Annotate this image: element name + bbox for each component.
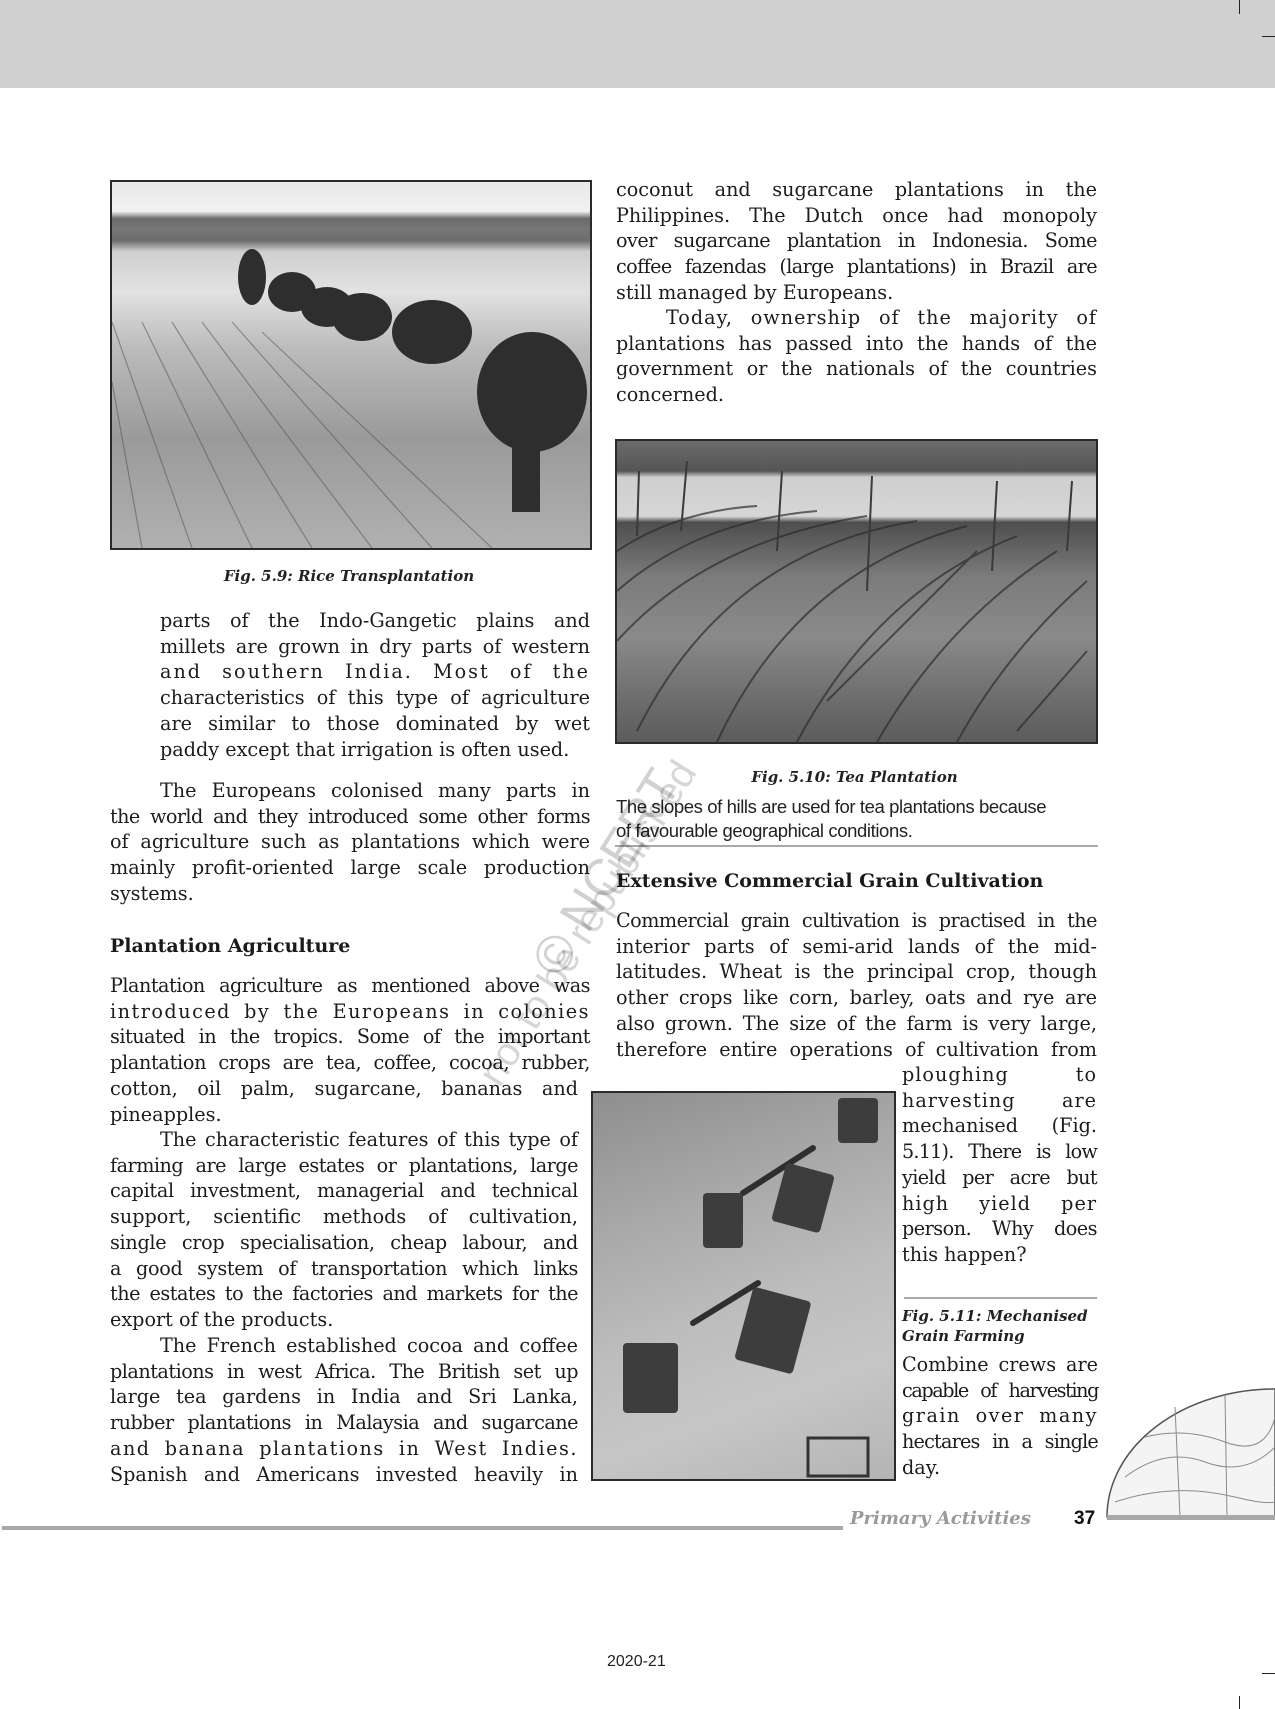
paragraph-characteristic-features: The characteristic features of this type… — [110, 1127, 578, 1333]
text-line: high yield per — [902, 1191, 1097, 1217]
text-line: latitudes. Wheat is the principal crop, … — [616, 959, 1097, 985]
text-line: The Europeans colonised many parts in — [110, 778, 590, 804]
text-line: the estates to the factories and markets… — [110, 1281, 578, 1307]
figure-5-11-caption: Fig. 5.11: Mechanised Grain Farming — [902, 1306, 1102, 1346]
text-line: The slopes of hills are used for tea pla… — [616, 795, 1098, 819]
text-line: are similar to those dominated by wet — [160, 711, 590, 737]
text-line: over sugarcane plantation in Indonesia. … — [616, 228, 1097, 254]
text-line: of favourable geographical conditions. — [616, 819, 1098, 843]
text-line: coconut and sugarcane plantations in the — [616, 177, 1097, 203]
globe-map-icon — [1105, 1387, 1275, 1522]
figure-5-10-caption: Fig. 5.10: Tea Plantation — [615, 768, 1094, 786]
text-line: Plantation agriculture as mentioned abov… — [110, 973, 590, 999]
text-line: plantation crops are tea, coffee, cocoa,… — [110, 1050, 590, 1076]
figure-5-10-note: The slopes of hills are used for tea pla… — [616, 795, 1098, 843]
text-line: concerned. — [616, 382, 1097, 408]
edition-year: 2020-21 — [607, 1653, 666, 1671]
text-line: government or the nationals of the count… — [616, 356, 1097, 382]
crop-mark — [1262, 1673, 1275, 1674]
text-line: coffee fazendas (large plantations) in B… — [616, 254, 1097, 280]
text-line: cotton, oil palm, sugarcane, bananas and — [110, 1076, 578, 1102]
text-line: 5.11). There is low — [902, 1139, 1097, 1165]
figure-mechanised-grain-farming — [591, 1091, 896, 1481]
text-line: Grain Farming — [902, 1326, 1102, 1346]
crop-mark — [1262, 36, 1275, 37]
page-header-band — [0, 0, 1275, 88]
divider-rule — [615, 845, 1098, 847]
text-line: the world and they introduced some other… — [110, 804, 590, 830]
figure-5-11-note: Combine crews are capable of harvesting … — [902, 1352, 1098, 1481]
paragraph-french-british: The French established cocoa and coffee … — [110, 1333, 578, 1487]
paragraph-coconut-sugarcane: coconut and sugarcane plantations in the… — [616, 177, 1097, 306]
paragraph-europeans-colonised: The Europeans colonised many parts in th… — [110, 778, 590, 907]
text-line: mechanised (Fig. — [902, 1113, 1097, 1139]
divider-rule — [904, 1297, 1097, 1299]
text-line: other crops like corn, barley, oats and … — [616, 985, 1097, 1011]
text-line: capital investment, managerial and techn… — [110, 1178, 578, 1204]
paragraph-ownership-today: Today, ownership of the majority of plan… — [616, 305, 1097, 408]
paragraph-rice-millets: parts of the Indo-Gangetic plains and mi… — [160, 608, 590, 762]
text-line: Fig. 5.11: Mechanised — [902, 1306, 1102, 1326]
text-line: of agriculture such as plantations which… — [110, 829, 590, 855]
text-line: day. — [902, 1455, 1098, 1481]
text-line: rubber plantations in Malaysia and sugar… — [110, 1410, 578, 1436]
text-line: ploughing to — [902, 1062, 1097, 1088]
text-line: export of the products. — [110, 1307, 578, 1333]
figure-rice-transplantation — [110, 180, 592, 550]
text-line: The characteristic features of this type… — [110, 1127, 578, 1153]
text-line: large tea gardens in India and Sri Lanka… — [110, 1384, 578, 1410]
figure-5-9-caption: Fig. 5.9: Rice Transplantation — [110, 567, 588, 585]
text-line: yield per acre but — [902, 1165, 1097, 1191]
text-line: paddy except that irrigation is often us… — [160, 737, 590, 763]
text-line: a good system of transportation which li… — [110, 1256, 578, 1282]
text-line: systems. — [110, 881, 590, 907]
text-line: person. Why does — [902, 1216, 1097, 1242]
footer-rule — [2, 1526, 843, 1530]
text-line: grain over many — [902, 1403, 1098, 1429]
text-line: parts of the Indo-Gangetic plains and — [160, 608, 590, 634]
paragraph-plantation-agriculture: Plantation agriculture as mentioned abov… — [110, 973, 590, 1127]
text-line: millets are grown in dry parts of wester… — [160, 634, 590, 660]
text-line: Combine crews are — [902, 1352, 1098, 1378]
text-line: mainly profit-oriented large scale produ… — [110, 855, 590, 881]
text-line: harvesting are — [902, 1088, 1097, 1114]
text-line: and southern India. Most of the — [160, 659, 590, 685]
text-line: Commercial grain cultivation is practise… — [616, 908, 1097, 934]
text-line: Today, ownership of the majority of — [616, 305, 1097, 331]
text-line: single crop specialisation, cheap labour… — [110, 1230, 578, 1256]
crop-mark — [1239, 0, 1240, 14]
text-line: Spanish and Americans invested heavily i… — [110, 1462, 578, 1488]
text-line: and banana plantations in West Indies. — [110, 1436, 578, 1462]
footer-section-title: Primary Activities — [850, 1508, 1031, 1529]
text-line: The French established cocoa and coffee — [110, 1333, 578, 1359]
text-line: still managed by Europeans. — [616, 280, 1097, 306]
text-line: introduced by the Europeans in colonies — [110, 999, 590, 1025]
text-line: pineapples. — [110, 1102, 590, 1128]
text-line: interior parts of semi-arid lands of the… — [616, 934, 1097, 960]
text-line: Philippines. The Dutch once had monopoly — [616, 203, 1097, 229]
text-line: support, scientific methods of cultivati… — [110, 1204, 578, 1230]
text-line: farming are large estates or plantations… — [110, 1153, 578, 1179]
rice-field-illustration — [112, 182, 590, 548]
heading-extensive-commercial-grain: Extensive Commercial Grain Cultivation — [616, 870, 1043, 892]
text-line: hectares in a single — [902, 1429, 1098, 1455]
figure-tea-plantation — [615, 439, 1098, 744]
text-line: capable of harvesting — [902, 1378, 1098, 1404]
text-line: plantations has passed into the hands of… — [616, 331, 1097, 357]
text-line: characteristics of this type of agricult… — [160, 685, 590, 711]
text-line: this happen? — [902, 1242, 1097, 1268]
paragraph-commercial-grain-continued: ploughing to harvesting are mechanised (… — [902, 1062, 1097, 1268]
text-line: therefore entire operations of cultivati… — [616, 1037, 1097, 1063]
text-line: plantations in west Africa. The British … — [110, 1359, 578, 1385]
text-line: situated in the tropics. Some of the imp… — [110, 1024, 590, 1050]
text-line: also grown. The size of the farm is very… — [616, 1011, 1097, 1037]
crop-mark — [1239, 1696, 1240, 1709]
page-number: 37 — [1074, 1508, 1095, 1530]
heading-plantation-agriculture: Plantation Agriculture — [110, 935, 350, 957]
tea-rows-illustration — [617, 441, 1096, 742]
paragraph-commercial-grain: Commercial grain cultivation is practise… — [616, 908, 1097, 1062]
combine-harvesters-illustration — [593, 1093, 894, 1479]
